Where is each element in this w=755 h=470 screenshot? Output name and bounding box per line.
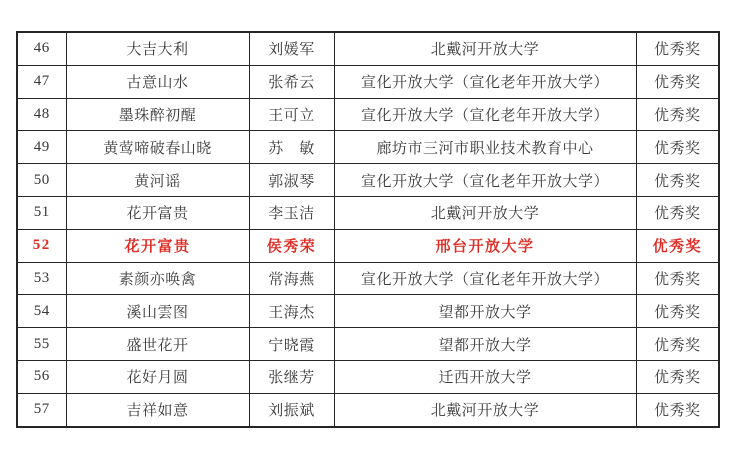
table-row: 54溪山雲图王海杰望都开放大学优秀奖: [17, 295, 719, 328]
cell-artwork-title: 溪山雲图: [66, 295, 249, 328]
cell-number: 47: [17, 65, 66, 98]
cell-artwork-title: 大吉大利: [66, 32, 249, 65]
awards-table-body: 46大吉大利刘媛军北戴河开放大学优秀奖47古意山水张希云宣化开放大学（宣化老年开…: [17, 32, 719, 427]
cell-artwork-title: 黄河谣: [66, 164, 249, 197]
cell-award: 优秀奖: [636, 295, 719, 328]
cell-institution: 迁西开放大学: [334, 360, 636, 393]
cell-award: 优秀奖: [636, 98, 719, 131]
cell-award: 优秀奖: [636, 262, 719, 295]
cell-award: 优秀奖: [636, 328, 719, 361]
cell-institution: 望都开放大学: [334, 295, 636, 328]
cell-author-name: 刘振斌: [249, 393, 334, 426]
cell-author-name: 常海燕: [249, 262, 334, 295]
cell-number: 52: [17, 229, 66, 262]
table-row: 50黄河谣郭淑琴宣化开放大学（宣化老年开放大学）优秀奖: [17, 164, 719, 197]
cell-number: 54: [17, 295, 66, 328]
table-row: 57吉祥如意刘振斌北戴河开放大学优秀奖: [17, 393, 719, 426]
cell-author-name: 苏 敏: [249, 131, 334, 164]
cell-institution: 宣化开放大学（宣化老年开放大学）: [334, 164, 636, 197]
table-row: 47古意山水张希云宣化开放大学（宣化老年开放大学）优秀奖: [17, 65, 719, 98]
cell-institution: 望都开放大学: [334, 328, 636, 361]
cell-artwork-title: 花开富贵: [66, 229, 249, 262]
cell-institution: 北戴河开放大学: [334, 393, 636, 426]
cell-author-name: 宁晓霞: [249, 328, 334, 361]
cell-author-name: 李玉洁: [249, 196, 334, 229]
table-row: 48墨珠醉初醒王可立宣化开放大学（宣化老年开放大学）优秀奖: [17, 98, 719, 131]
table-row: 56花好月圆张继芳迁西开放大学优秀奖: [17, 360, 719, 393]
table-row: 55盛世花开宁晓霞望都开放大学优秀奖: [17, 328, 719, 361]
cell-institution: 宣化开放大学（宣化老年开放大学）: [334, 65, 636, 98]
cell-author-name: 郭淑琴: [249, 164, 334, 197]
cell-artwork-title: 古意山水: [66, 65, 249, 98]
cell-number: 50: [17, 164, 66, 197]
cell-number: 51: [17, 196, 66, 229]
cell-author-name: 张希云: [249, 65, 334, 98]
cell-artwork-title: 花开富贵: [66, 196, 249, 229]
table-row: 51花开富贵李玉洁北戴河开放大学优秀奖: [17, 196, 719, 229]
cell-artwork-title: 花好月圆: [66, 360, 249, 393]
cell-artwork-title: 吉祥如意: [66, 393, 249, 426]
table-row: 53素颜亦唤禽常海燕宣化开放大学（宣化老年开放大学）优秀奖: [17, 262, 719, 295]
cell-award: 优秀奖: [636, 393, 719, 426]
cell-institution: 北戴河开放大学: [334, 196, 636, 229]
document-page: 46大吉大利刘媛军北戴河开放大学优秀奖47古意山水张希云宣化开放大学（宣化老年开…: [0, 0, 755, 470]
cell-institution: 宣化开放大学（宣化老年开放大学）: [334, 262, 636, 295]
cell-author-name: 王可立: [249, 98, 334, 131]
awards-table: 46大吉大利刘媛军北戴河开放大学优秀奖47古意山水张希云宣化开放大学（宣化老年开…: [16, 31, 720, 428]
cell-artwork-title: 素颜亦唤禽: [66, 262, 249, 295]
table-row: 52花开富贵侯秀荣邢台开放大学优秀奖: [17, 229, 719, 262]
cell-author-name: 刘媛军: [249, 32, 334, 65]
cell-number: 53: [17, 262, 66, 295]
cell-award: 优秀奖: [636, 32, 719, 65]
cell-award: 优秀奖: [636, 360, 719, 393]
cell-award: 优秀奖: [636, 131, 719, 164]
cell-award: 优秀奖: [636, 229, 719, 262]
cell-author-name: 侯秀荣: [249, 229, 334, 262]
cell-award: 优秀奖: [636, 196, 719, 229]
cell-award: 优秀奖: [636, 164, 719, 197]
cell-number: 48: [17, 98, 66, 131]
cell-author-name: 王海杰: [249, 295, 334, 328]
cell-number: 55: [17, 328, 66, 361]
cell-institution: 北戴河开放大学: [334, 32, 636, 65]
cell-number: 57: [17, 393, 66, 426]
table-row: 49黄莺啼破春山晓苏 敏廊坊市三河市职业技术教育中心优秀奖: [17, 131, 719, 164]
cell-institution: 宣化开放大学（宣化老年开放大学）: [334, 98, 636, 131]
cell-author-name: 张继芳: [249, 360, 334, 393]
cell-artwork-title: 黄莺啼破春山晓: [66, 131, 249, 164]
table-row: 46大吉大利刘媛军北戴河开放大学优秀奖: [17, 32, 719, 65]
cell-number: 46: [17, 32, 66, 65]
cell-number: 49: [17, 131, 66, 164]
cell-award: 优秀奖: [636, 65, 719, 98]
cell-institution: 廊坊市三河市职业技术教育中心: [334, 131, 636, 164]
cell-artwork-title: 盛世花开: [66, 328, 249, 361]
cell-artwork-title: 墨珠醉初醒: [66, 98, 249, 131]
cell-institution: 邢台开放大学: [334, 229, 636, 262]
cell-number: 56: [17, 360, 66, 393]
